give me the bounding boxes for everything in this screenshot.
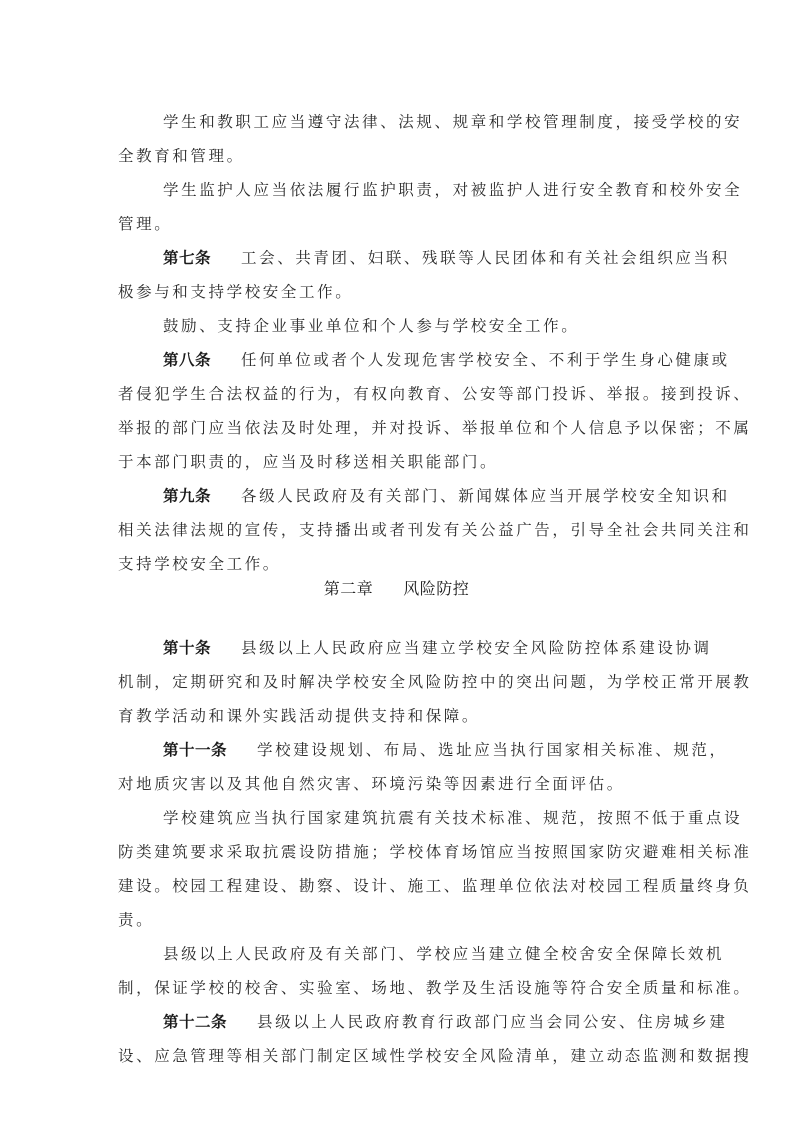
line-text: 学生监护人应当依法履行监护职责，对被监护人进行安全教育和校外安全 <box>163 181 742 199</box>
line-text: 支持学校安全工作。 <box>118 555 281 573</box>
line-text: 任何单位或者个人发现危害学校安全、不利于学生身心健康或 <box>241 351 730 369</box>
article-number: 第七条 <box>163 249 211 267</box>
line-text: 者侵犯学生合法权益的行为，有权向教育、公安等部门投诉、举报。接到投诉、 <box>118 385 752 403</box>
line-text: 制，保证学校的校舍、实验室、场地、教学及生活设施等符合安全质量和标准。 <box>118 979 752 997</box>
line-text: 学生和教职工应当遵守法律、法规、规章和学校管理制度，接受学校的安 <box>163 113 742 131</box>
article-number: 第九条 <box>163 487 211 505</box>
text-line: 设、应急管理等相关部门制定区域性学校安全风险清单，建立动态监测和数据搜 <box>118 1046 678 1066</box>
line-text: 县级以上人民政府及有关部门、学校应当建立健全校舍安全保障长效机 <box>163 945 724 963</box>
text-line: 第八条任何单位或者个人发现危害学校安全、不利于学生身心健康或 <box>163 350 723 370</box>
line-text: 责。 <box>118 911 154 929</box>
line-text: 工会、共青团、妇联、残联等人民团体和有关社会组织应当积 <box>241 249 730 267</box>
text-line: 对地质灾害以及其他自然灾害、环境污染等因素进行全面评估。 <box>118 774 678 794</box>
line-text: 县级以上人民政府教育行政部门应当会同公安、住房城乡建 <box>257 1013 728 1031</box>
text-line: 责。 <box>118 910 678 930</box>
text-line: 机制，定期研究和及时解决学校安全风险防控中的突出问题，为学校正常开展教 <box>118 672 678 692</box>
text-line: 县级以上人民政府及有关部门、学校应当建立健全校舍安全保障长效机 <box>163 944 723 964</box>
text-line: 全教育和管理。 <box>118 146 678 166</box>
text-line: 第十一条学校建设规划、布局、选址应当执行国家相关标准、规范， <box>163 740 723 760</box>
line-text: 管理。 <box>118 215 172 233</box>
line-text: 学校建设规划、布局、选址应当执行国家相关标准、规范， <box>257 741 728 759</box>
article-number: 第十二条 <box>163 1013 227 1031</box>
text-line: 举报的部门应当依法及时处理，并对投诉、举报单位和个人信息予以保密；不属 <box>118 418 678 438</box>
chapter-number: 第二章 <box>324 579 374 598</box>
line-text: 各级人民政府及有关部门、新闻媒体应当开展学校安全知识和 <box>241 487 730 505</box>
text-line: 第九条各级人民政府及有关部门、新闻媒体应当开展学校安全知识和 <box>163 486 723 506</box>
text-line: 第十条县级以上人民政府应当建立学校安全风险防控体系建设协调 <box>163 638 723 658</box>
chapter-title: 风险防控 <box>403 579 469 598</box>
line-text: 建设。校园工程建设、勘察、设计、施工、监理单位依法对校园工程质量终身负 <box>118 877 752 895</box>
line-text: 全教育和管理。 <box>118 147 245 165</box>
text-line: 于本部门职责的，应当及时移送相关职能部门。 <box>118 452 678 472</box>
line-text: 鼓励、支持企业事业单位和个人参与学校安全工作。 <box>163 317 579 335</box>
text-line: 学生监护人应当依法履行监护职责，对被监护人进行安全教育和校外安全 <box>163 180 723 200</box>
text-line: 鼓励、支持企业事业单位和个人参与学校安全工作。 <box>163 316 723 336</box>
text-line: 制，保证学校的校舍、实验室、场地、教学及生活设施等符合安全质量和标准。 <box>118 978 678 998</box>
line-text: 机制，定期研究和及时解决学校安全风险防控中的突出问题，为学校正常开展教 <box>118 673 752 691</box>
text-line: 育教学活动和课外实践活动提供支持和保障。 <box>118 706 678 726</box>
line-text: 防类建筑要求采取抗震设防措施；学校体育场馆应当按照国家防灾避难相关标准 <box>118 843 752 861</box>
line-text: 于本部门职责的，应当及时移送相关职能部门。 <box>118 453 498 471</box>
line-text: 对地质灾害以及其他自然灾害、环境污染等因素进行全面评估。 <box>118 775 625 793</box>
line-text: 县级以上人民政府应当建立学校安全风险防控体系建设协调 <box>241 639 712 657</box>
line-text: 相关法律法规的宣传，支持播出或者刊发有关公益广告，引导全社会共同关注和 <box>118 521 752 539</box>
document-page: 第二章风险防控 学生和教职工应当遵守法律、法规、规章和学校管理制度，接受学校的安… <box>0 0 793 1122</box>
line-text: 举报的部门应当依法及时处理，并对投诉、举报单位和个人信息予以保密；不属 <box>118 419 752 437</box>
text-line: 极参与和支持学校安全工作。 <box>118 282 678 302</box>
article-number: 第十条 <box>163 639 211 657</box>
text-line: 建设。校园工程建设、勘察、设计、施工、监理单位依法对校园工程质量终身负 <box>118 876 678 896</box>
article-number: 第八条 <box>163 351 211 369</box>
line-text: 学校建筑应当执行国家建筑抗震有关技术标准、规范，按照不低于重点设 <box>163 809 742 827</box>
text-line: 学生和教职工应当遵守法律、法规、规章和学校管理制度，接受学校的安 <box>163 112 723 132</box>
line-text: 设、应急管理等相关部门制定区域性学校安全风险清单，建立动态监测和数据搜 <box>118 1047 752 1065</box>
text-line: 管理。 <box>118 214 678 234</box>
text-line: 防类建筑要求采取抗震设防措施；学校体育场馆应当按照国家防灾避难相关标准 <box>118 842 678 862</box>
text-line: 学校建筑应当执行国家建筑抗震有关技术标准、规范，按照不低于重点设 <box>163 808 723 828</box>
text-line: 相关法律法规的宣传，支持播出或者刊发有关公益广告，引导全社会共同关注和 <box>118 520 678 540</box>
article-number: 第十一条 <box>163 741 227 759</box>
line-text: 育教学活动和课外实践活动提供支持和保障。 <box>118 707 480 725</box>
text-line: 支持学校安全工作。 <box>118 554 678 574</box>
text-line: 第七条工会、共青团、妇联、残联等人民团体和有关社会组织应当积 <box>163 248 723 268</box>
text-line: 第十二条县级以上人民政府教育行政部门应当会同公安、住房城乡建 <box>163 1012 723 1032</box>
line-text: 极参与和支持学校安全工作。 <box>118 283 353 301</box>
chapter-heading: 第二章风险防控 <box>0 576 793 599</box>
text-line: 者侵犯学生合法权益的行为，有权向教育、公安等部门投诉、举报。接到投诉、 <box>118 384 678 404</box>
